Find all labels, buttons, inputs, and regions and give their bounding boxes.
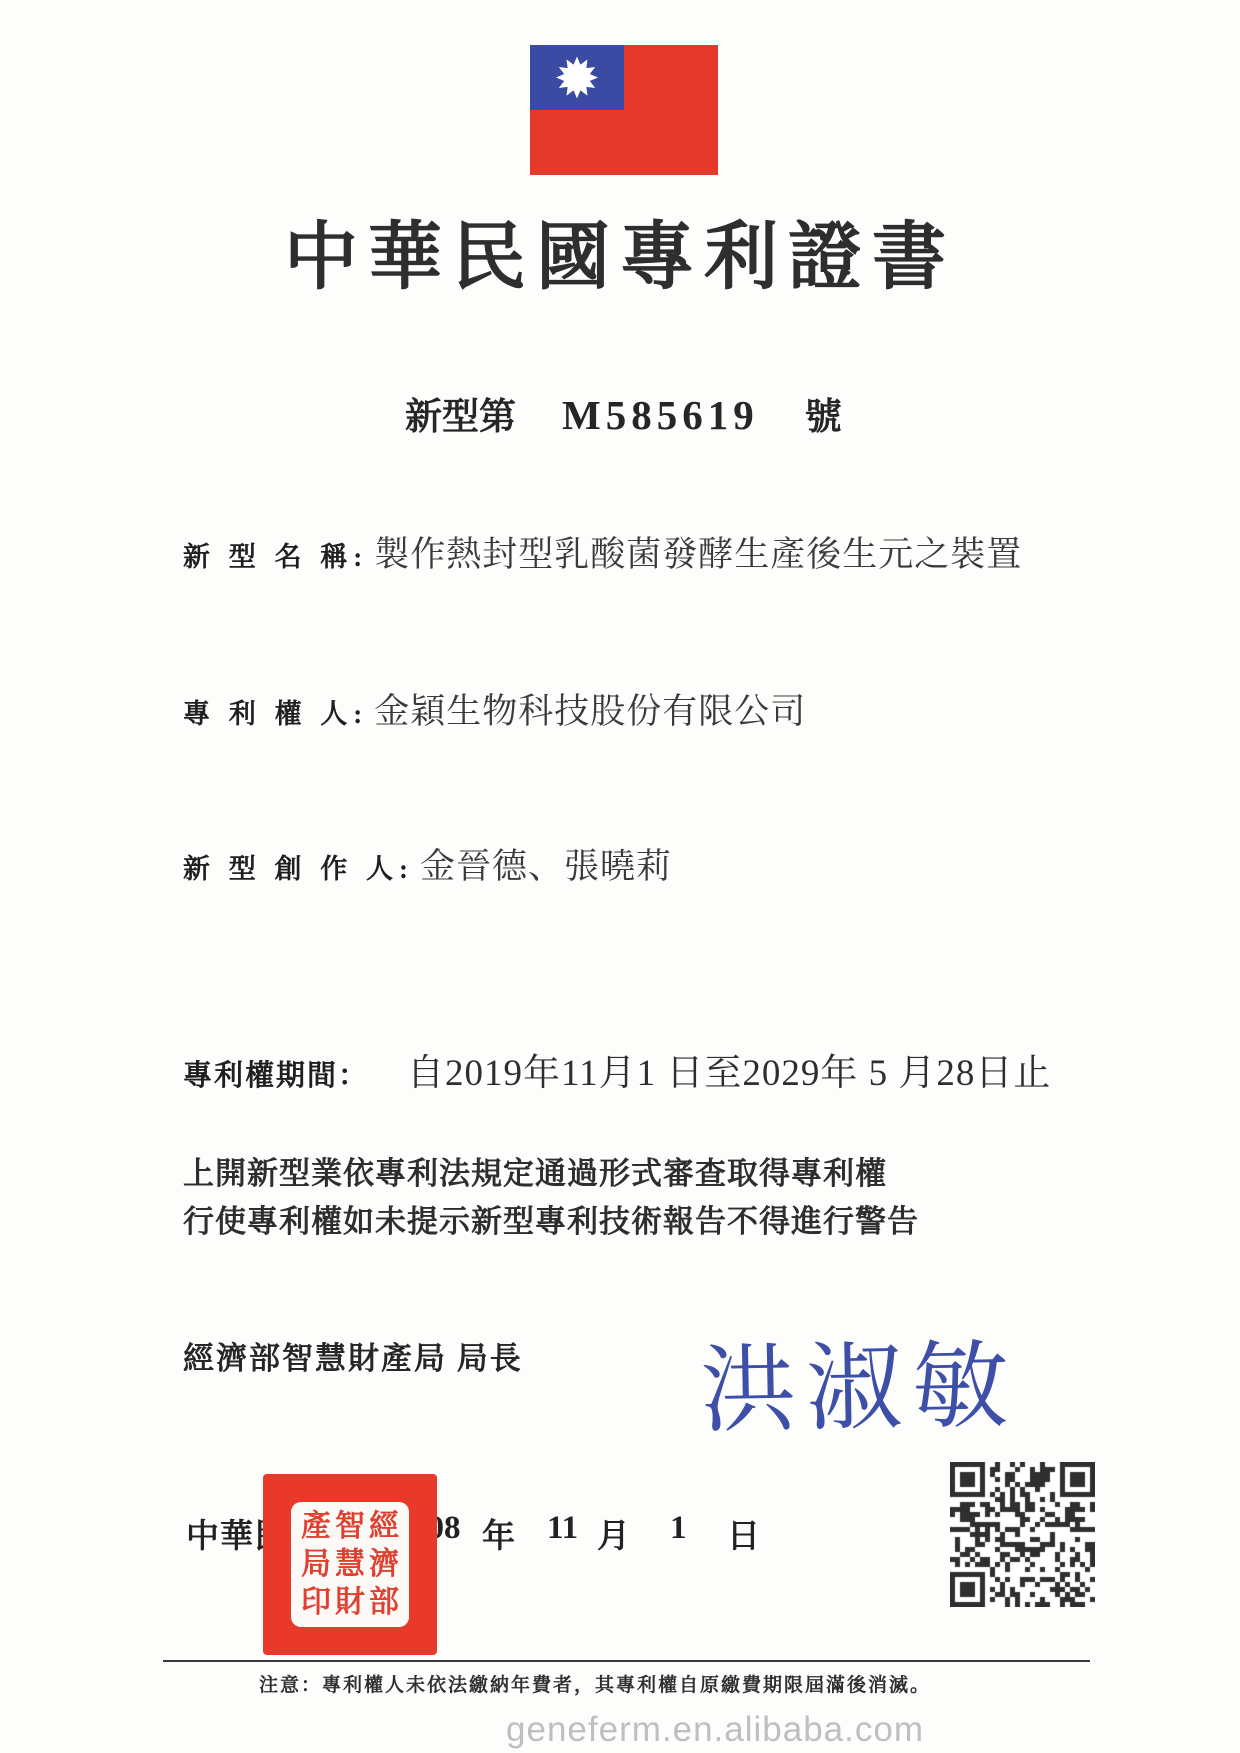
field-value: 金晉德、張曉莉	[420, 839, 672, 889]
statement-line-1: 上開新型業依專利法規定通過形式審查取得專利權	[183, 1150, 919, 1198]
date-month: 11	[547, 1510, 578, 1547]
certificate-title: 中華民國專利證書	[0, 198, 1240, 304]
term-value: 自2019年11月1 日至2029年 5 月28日止	[407, 1042, 1051, 1096]
footer-divider-line	[163, 1660, 1090, 1662]
statement-line-2: 行使專利權如未提示新型專利技術報告不得進行警告	[183, 1198, 919, 1246]
field-row-creators: 新 型 創 作 人: 金晉德、張曉莉	[183, 839, 672, 889]
cert-no-value: M585619	[562, 391, 759, 439]
field-value: 金穎生物科技股份有限公司	[374, 684, 806, 734]
field-row-utility-model-name: 新 型 名 稱: 製作熱封型乳酸菌發酵生產後生元之裝置	[183, 527, 1022, 577]
watermark-text: geneferm.en.alibaba.com	[95, 1710, 1240, 1750]
footer-note: 注意：專利權人未依法繳納年費者，其專利權自原繳費期限屆滿後消滅。	[165, 1670, 1025, 1697]
certificate-number-row: 新型第 M585619 號	[405, 386, 842, 440]
patent-certificate-page: 中華民國專利證書 新型第 M585619 號 新 型 名 稱: 製作熱封型乳酸菌…	[0, 0, 1240, 1753]
cert-no-suffix: 號	[805, 386, 842, 440]
seal-text: 經濟部智慧財產局印	[291, 1502, 409, 1627]
date-day: 1	[670, 1510, 687, 1547]
cert-no-prefix: 新型第	[405, 386, 516, 440]
legal-statement: 上開新型業依專利法規定通過形式審查取得專利權 行使專利權如未提示新型專利技術報告…	[183, 1150, 919, 1246]
official-seal-stamp: 經濟部智慧財產局印	[263, 1474, 437, 1655]
white-sun-icon	[530, 45, 624, 110]
patent-term-row: 專利權期間： 自2019年11月1 日至2029年 5 月28日止	[183, 1042, 1051, 1096]
issue-date-row: 中華民國 108 年 11 月 1 日	[0, 1510, 1240, 1554]
field-label: 專 利 權 人:	[183, 692, 368, 731]
taiwan-flag	[530, 45, 718, 175]
term-label: 專利權期間：	[183, 1053, 369, 1094]
field-label: 新 型 名 稱:	[183, 535, 368, 574]
field-row-patentee: 專 利 權 人: 金穎生物科技股份有限公司	[183, 684, 806, 734]
issuing-office: 經濟部智慧財產局 局長	[183, 1333, 523, 1378]
field-label: 新 型 創 作 人:	[183, 847, 414, 886]
date-year-unit: 年	[482, 1510, 515, 1557]
date-month-unit: 月	[597, 1510, 630, 1557]
director-signature: 洪淑敏	[699, 1309, 1019, 1452]
field-value: 製作熱封型乳酸菌發酵生產後生元之裝置	[374, 527, 1022, 577]
date-day-unit: 日	[727, 1510, 760, 1557]
